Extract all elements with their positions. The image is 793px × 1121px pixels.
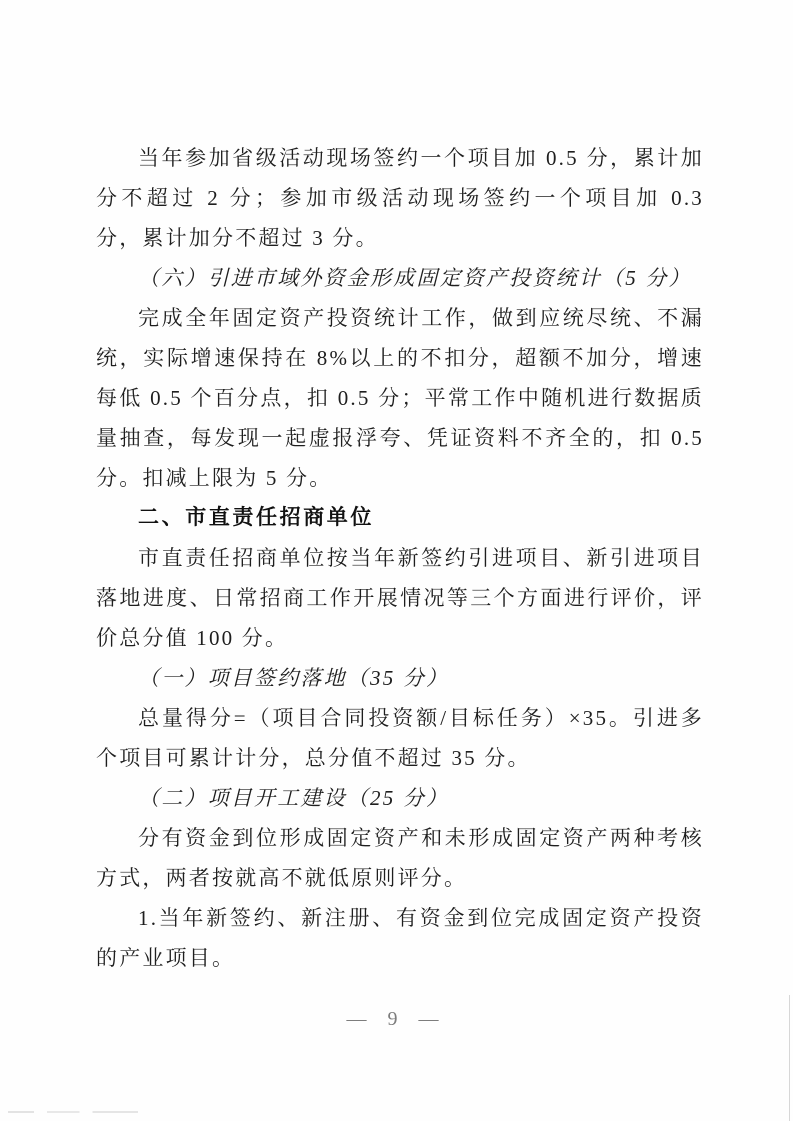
document-page: 当年参加省级活动现场签约一个项目加 0.5 分，累计加分不超过 2 分；参加市级… xyxy=(0,0,793,1121)
scan-speck-artifact xyxy=(8,1111,138,1113)
subheading-section-1: （一）项目签约落地（35 分） xyxy=(96,658,704,698)
scan-edge-artifact xyxy=(789,995,790,1121)
paragraph-assessment-methods: 分有资金到位形成固定资产和未形成固定资产两种考核方式，两者按就高不就低原则评分。 xyxy=(96,818,704,898)
paragraph-bonus-signing: 当年参加省级活动现场签约一个项目加 0.5 分，累计加分不超过 2 分；参加市级… xyxy=(96,138,704,258)
paragraph-evaluation-overview: 市直责任招商单位按当年新签约引进项目、新引进项目落地进度、日常招商工作开展情况等… xyxy=(96,538,704,658)
subheading-section-2: （二）项目开工建设（25 分） xyxy=(96,778,704,818)
paragraph-investment-statistics: 完成全年固定资产投资统计工作，做到应统尽统、不漏统，实际增速保持在 8%以上的不… xyxy=(96,298,704,498)
page-number: — 9 — xyxy=(0,1008,793,1031)
document-body: 当年参加省级活动现场签约一个项目加 0.5 分，累计加分不超过 2 分；参加市级… xyxy=(96,138,704,978)
subheading-section-6: （六）引进市域外资金形成固定资产投资统计（5 分） xyxy=(96,258,704,298)
paragraph-score-formula: 总量得分=（项目合同投资额/目标任务）×35。引进多个项目可累计计分，总分值不超… xyxy=(96,698,704,778)
paragraph-item-1: 1.当年新签约、新注册、有资金到位完成固定资产投资的产业项目。 xyxy=(96,898,704,978)
heading-part-2: 二、市直责任招商单位 xyxy=(96,498,704,538)
